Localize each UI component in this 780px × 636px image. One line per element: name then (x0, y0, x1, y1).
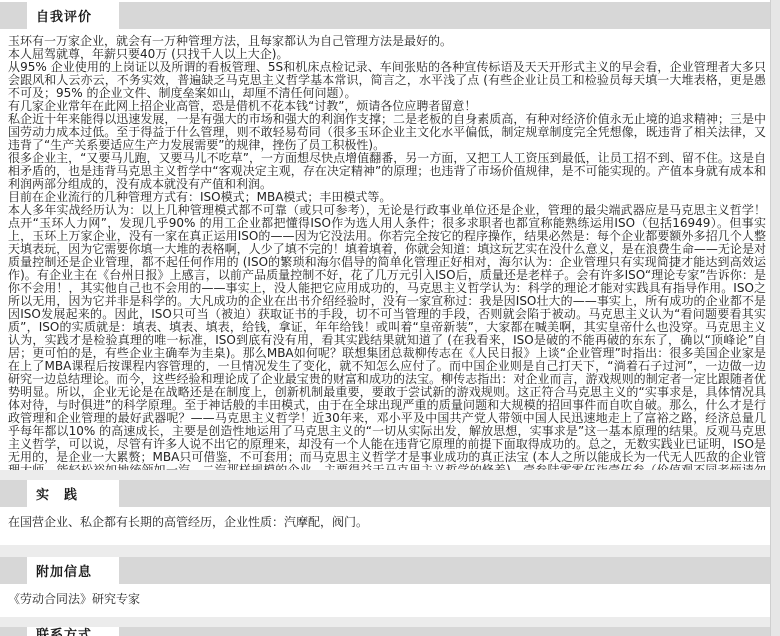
section-header-self-evaluation: 自我评价 (0, 2, 780, 29)
extra-info-text: 《劳动合同法》研究专家 (8, 593, 766, 606)
section-header-practice: 实 践 (0, 480, 780, 507)
section-header-extra-info: 附加信息 (0, 557, 780, 584)
section-divider (0, 617, 780, 627)
practice-text: 在国营企业、私企都有长期的高管经历，企业性质：汽摩配，阀门。 (8, 516, 766, 529)
extra-info-content: 《劳动合同法》研究专家 (0, 584, 780, 617)
self-evaluation-paragraph: 私企近十年来能得以迅速发展，一是有强大的市场和强大的利润作支撑；二是老板的自身素… (8, 113, 766, 152)
resume-page: 自我评价 玉环有一万家企业，就会有一万种管理方法，且每家都认为自己管理方法是最好… (0, 0, 780, 636)
section-header-contact: 联系方式 (0, 627, 780, 636)
section-divider (0, 470, 780, 480)
self-evaluation-paragraph: 很多企业主，“又要马儿跑，又要马儿不吃草”，一方面想尽快点增值翻番，另一方面，又… (8, 152, 766, 191)
self-evaluation-content: 玉环有一万家企业，就会有一万种管理方法，且每家都认为自己管理方法是最好的。 本人… (0, 29, 780, 470)
scrollbar-track[interactable] (770, 0, 780, 636)
section-tab-self-evaluation: 自我评价 (27, 2, 119, 29)
self-evaluation-paragraph: 本人多年实战经历认为：以上几种管理模式都不可靠（或只可参考），无论是行政事业单位… (8, 204, 766, 470)
section-tab-extra-info: 附加信息 (27, 557, 119, 584)
section-tab-practice: 实 践 (27, 480, 119, 507)
section-tab-contact: 联系方式 (27, 627, 119, 636)
self-evaluation-paragraph: 从95% 企业使用的上岗证以及所谓的看板管理、5S和机床点检记录、车间张贴的各种… (8, 61, 766, 100)
practice-content: 在国营企业、私企都有长期的高管经历，企业性质：汽摩配，阀门。 (0, 507, 780, 545)
section-divider (0, 545, 780, 557)
